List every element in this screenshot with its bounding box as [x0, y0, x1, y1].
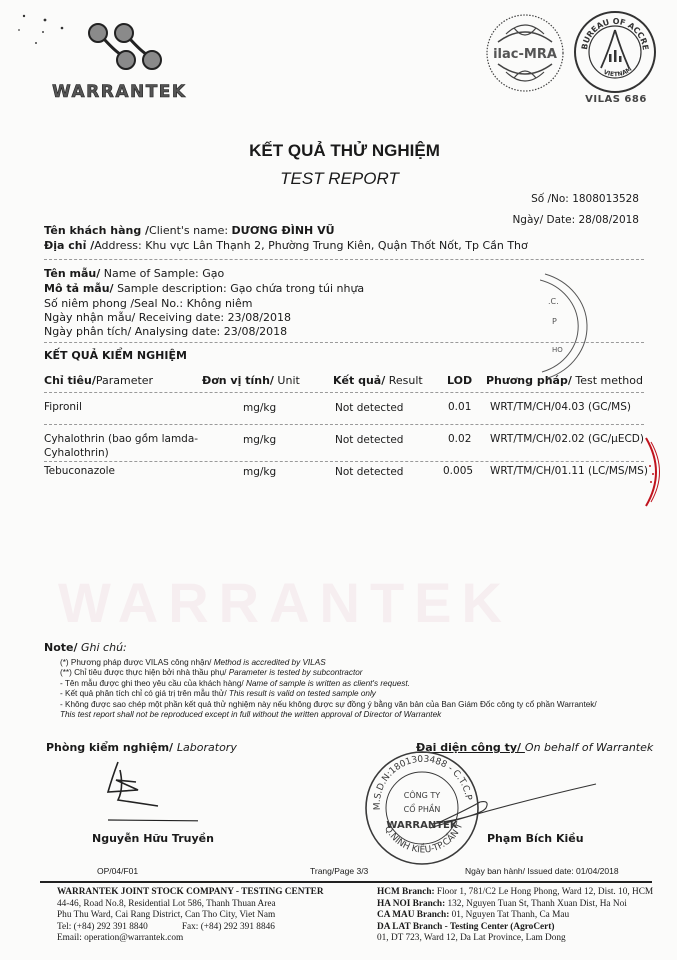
lab-signature-icon	[98, 760, 198, 822]
cell-lod: 0.01	[448, 401, 471, 413]
sample-description: Mô tả mẫu/ Sample description: Gạo chứa …	[44, 282, 364, 295]
cell-unit: mg/kg	[243, 434, 276, 446]
cell-parameter: Cyhalothrin (bao gồm lamda-	[44, 433, 198, 445]
cell-result: Not detected	[335, 434, 403, 446]
branch-hanoi: HA NOI Branch: 132, Nguyen Tuan St, Than…	[377, 899, 653, 911]
branch-camau: CA MAU Branch: 01, Nguyen Tat Thanh, Ca …	[377, 910, 653, 922]
results-section-title: KẾT QUẢ KIỂM NGHIỆM	[44, 349, 187, 362]
svg-text:BUREAU OF ACCREDITATION: BUREAU OF ACCREDITATION	[573, 10, 650, 51]
note-item: This test report shall not be reproduced…	[60, 710, 597, 720]
footer-branches: HCM Branch: Floor 1, 781/C2 Le Hong Phon…	[377, 887, 653, 945]
cell-method: WRT/TM/CH/02.02 (GC/µECD)	[490, 433, 644, 445]
divider	[44, 259, 644, 260]
divider	[44, 461, 644, 462]
seal-number: Số niêm phong /Seal No.: Không niêm	[44, 297, 252, 310]
notes-list: (*) Phương pháp được VILAS công nhận/ Me…	[60, 658, 597, 720]
sample-name: Tên mẫu/ Name of Sample: Gạo	[44, 267, 224, 280]
svg-text:HO: HO	[552, 346, 563, 354]
cell-parameter: Tebuconazole	[44, 465, 115, 477]
cell-unit: mg/kg	[243, 402, 276, 414]
svg-text:.C.: .C.	[548, 297, 559, 306]
cell-unit: mg/kg	[243, 466, 276, 478]
bureau-of-accreditation-icon: BUREAU OF ACCREDITATION VIETNAM	[573, 10, 657, 94]
divider	[44, 392, 644, 393]
cell-parameter: Fipronil	[44, 401, 82, 413]
footer-company-name: WARRANTEK JOINT STOCK COMPANY - TESTING …	[57, 887, 324, 899]
column-header-unit: Đơn vị tính/ Unit	[202, 374, 300, 387]
column-header-lod: LOD	[447, 374, 472, 387]
ilac-mra-icon: ilac-MRA	[484, 12, 566, 94]
warrantek-logo-icon	[88, 22, 166, 72]
report-number: Số /No: 1808013528	[531, 193, 639, 205]
note-item: (*) Phương pháp được VILAS công nhận/ Me…	[60, 658, 597, 668]
column-header-method: Phương pháp/ Test method	[486, 374, 643, 387]
footer-tel: Tel: (+84) 292 391 8840	[57, 922, 148, 932]
cell-result: Not detected	[335, 402, 403, 414]
branch-dalat-address: 01, DT 723, Ward 12, Da Lat Province, La…	[377, 933, 653, 945]
cell-lod: 0.005	[443, 465, 473, 477]
note-item: - Tên mẫu được ghi theo yêu cầu của khác…	[60, 679, 597, 689]
client-name-value: DƯƠNG ĐÌNH VŨ	[232, 224, 335, 237]
company-signature-icon	[420, 778, 600, 838]
footer-divider	[40, 881, 652, 883]
receiving-date: Ngày nhận mẫu/ Receiving date: 23/08/201…	[44, 311, 291, 324]
issued-date: Ngày ban hành/ Issued date: 01/04/2018	[465, 866, 619, 876]
client-address: Địa chỉ /Address: Khu vực Lân Thạnh 2, P…	[44, 239, 528, 252]
report-date: Ngày/ Date: 28/08/2018	[512, 214, 639, 226]
form-code: OP/04/F01	[97, 866, 138, 876]
branch-dalat: DA LAT Branch - Testing Center (AgroCert…	[377, 922, 653, 934]
cell-parameter-continued: Cyhalothrin)	[44, 447, 109, 459]
cell-method: WRT/TM/CH/04.03 (GC/MS)	[490, 401, 631, 413]
scan-specks	[12, 10, 72, 60]
footer-email[interactable]: Email: operation@warrantek.com	[57, 933, 324, 945]
report-date-value: 28/08/2018	[578, 214, 639, 226]
red-stamp-edge-icon	[640, 436, 677, 508]
footer-company-info: WARRANTEK JOINT STOCK COMPANY - TESTING …	[57, 887, 324, 945]
note-item: - Kết quả phân tích chỉ có giá trị trên …	[60, 689, 597, 699]
column-header-parameter: Chỉ tiêu/Parameter	[44, 374, 153, 387]
page-number: Trang/Page 3/3	[310, 866, 368, 876]
lab-signature-label: Phòng kiểm nghiệm/ Laboratory	[46, 741, 237, 754]
vilas-number: VILAS 686	[576, 94, 656, 105]
company-signer-name: Phạm Bích Kiều	[487, 832, 584, 845]
branch-hcm: HCM Branch: Floor 1, 781/C2 Le Hong Phon…	[377, 887, 653, 899]
client-name: Tên khách hàng /Client's name: DƯƠNG ĐÌN…	[44, 224, 335, 237]
company-stamp-partial-icon: .C. P HO	[540, 272, 590, 382]
column-header-result: Kết quả/ Result	[333, 374, 423, 387]
cell-lod: 0.02	[448, 433, 471, 445]
notes-title: Note/ Ghi chú:	[44, 641, 127, 654]
analysing-date: Ngày phân tích/ Analysing date: 23/08/20…	[44, 325, 287, 338]
svg-text:ilac-MRA: ilac-MRA	[493, 47, 557, 62]
lab-signer-name: Nguyễn Hữu Truyền	[92, 832, 214, 845]
footer-fax: Fax: (+84) 292 391 8846	[182, 922, 275, 932]
page-title: KẾT QUẢ THỬ NGHIỆM	[0, 141, 677, 161]
report-number-value: 1808013528	[572, 193, 639, 205]
cell-result: Not detected	[335, 466, 403, 478]
note-item: - Không được sao chép một phần kết quả t…	[60, 700, 597, 710]
note-item: (**) Chỉ tiêu được thực hiện bởi nhà thầ…	[60, 668, 597, 678]
page-subtitle: TEST REPORT	[0, 169, 677, 189]
client-address-value: Khu vực Lân Thạnh 2, Phường Trung Kiên, …	[145, 239, 528, 252]
brand-name: WARRANTEK	[52, 82, 187, 102]
divider	[44, 424, 644, 425]
svg-text:P: P	[552, 317, 557, 326]
watermark: WARRANTEK	[58, 570, 512, 635]
cell-method: WRT/TM/CH/01.11 (LC/MS/MS)	[490, 465, 648, 477]
